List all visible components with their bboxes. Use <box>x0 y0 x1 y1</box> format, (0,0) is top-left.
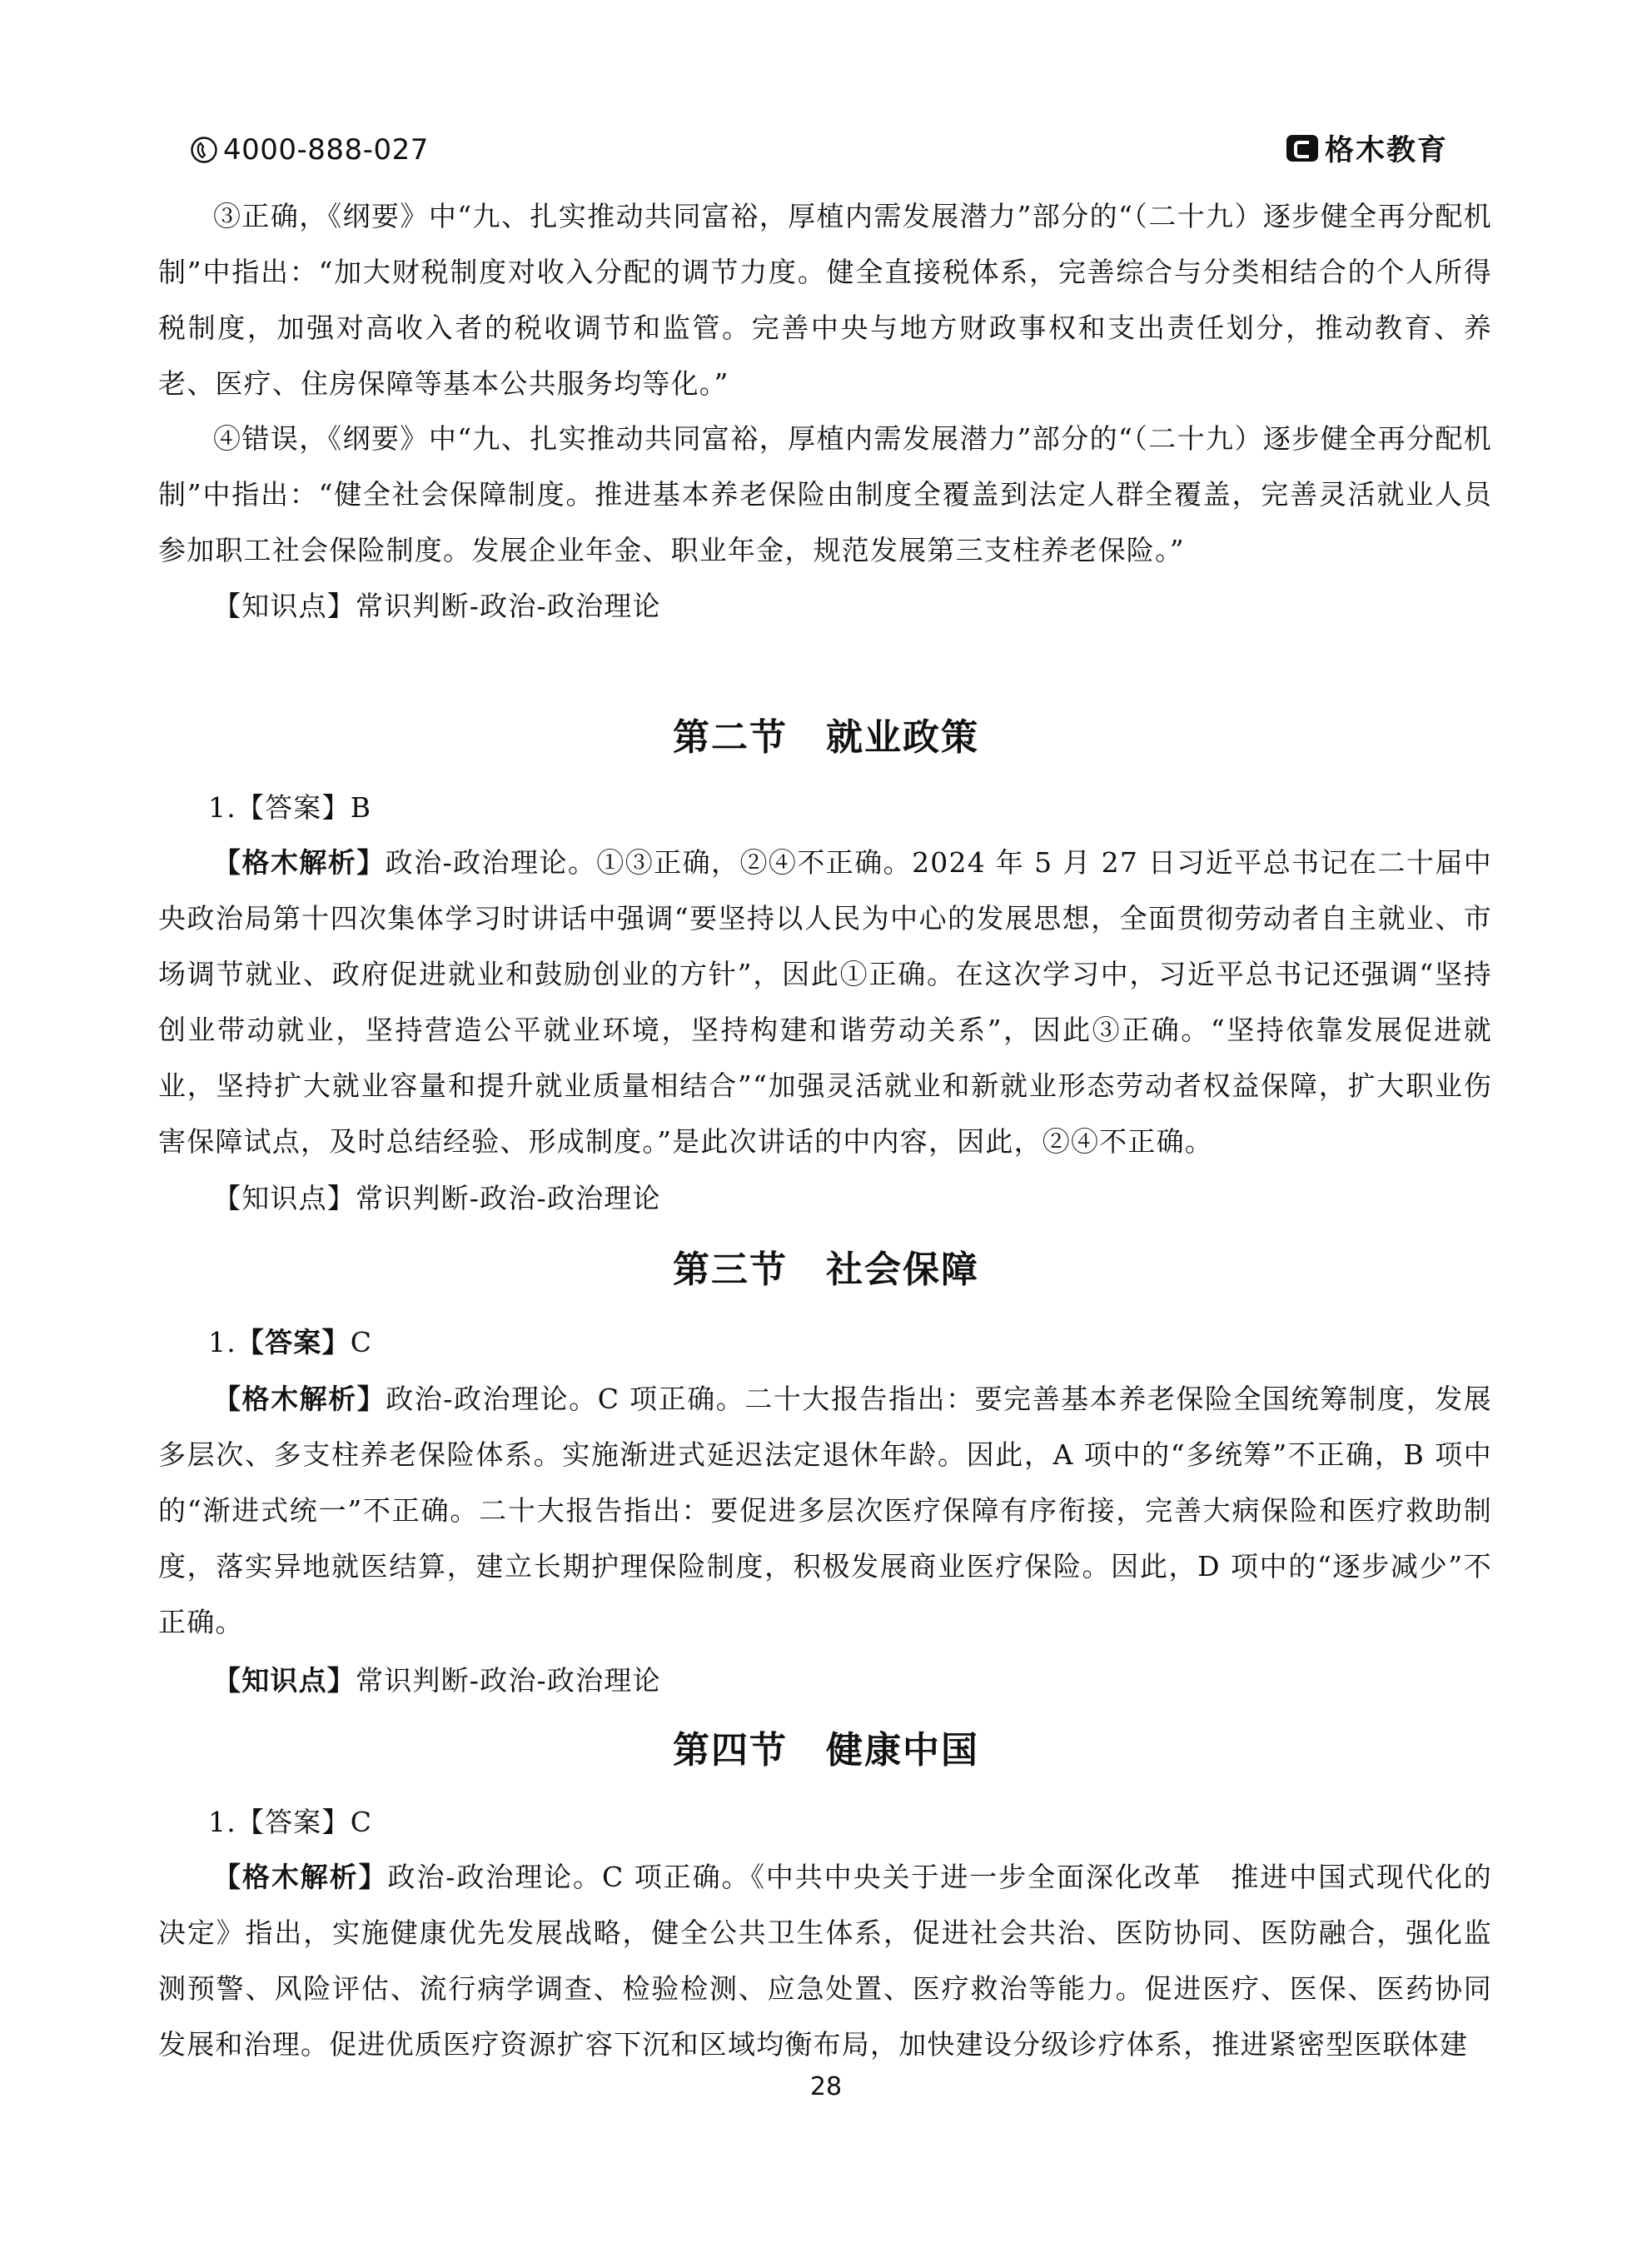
knowledge-point-text: 常识判断-政治-政治理论 <box>356 1664 661 1697</box>
knowledge-point-text: 常识判断-政治-政治理论 <box>356 1182 661 1214</box>
answer-value: C <box>351 1806 372 1838</box>
knowledge-point-label: 【知识点】 <box>213 1664 356 1697</box>
paragraph-item-3: ③正确，《纲要》中“九、扎实推动共同富裕，厚植内需发展潜力”部分的“（二十九）逐… <box>158 188 1492 411</box>
answer-label: 【答案】 <box>236 1806 351 1838</box>
section-heading-employment: 第二节 就业政策 <box>0 713 1652 763</box>
section-heading-healthy-china: 第四节 健康中国 <box>0 1726 1652 1776</box>
knowledge-point: 【知识点】常识判断-政治-政治理论 <box>213 1170 661 1226</box>
answer-label: 【答案】 <box>236 791 351 824</box>
answer-line: 1.【答案】B <box>208 780 371 835</box>
gemu-logo-icon <box>1286 135 1318 162</box>
knowledge-point-label: 【知识点】 <box>213 590 356 622</box>
analysis-label: 【格木解析】 <box>213 1861 387 1893</box>
knowledge-point: 【知识点】常识判断-政治-政治理论 <box>213 578 661 634</box>
answer-number: 1. <box>208 1326 236 1358</box>
section-heading-social-security: 第三节 社会保障 <box>0 1245 1652 1295</box>
knowledge-point-label: 【知识点】 <box>213 1182 356 1214</box>
brand-name: 格木教育 <box>1325 127 1448 169</box>
answer-number: 1. <box>208 791 236 824</box>
paragraph-item-4: ④错误，《纲要》中“九、扎实推动共同富裕，厚植内需发展潜力”部分的“（二十九）逐… <box>158 411 1492 578</box>
answer-label: 【答案】 <box>236 1326 351 1358</box>
header-phone: 4000-888-027 <box>190 132 429 168</box>
knowledge-point: 【知识点】常识判断-政治-政治理论 <box>213 1652 661 1708</box>
analysis-label: 【格木解析】 <box>213 846 386 879</box>
phone-number: 4000-888-027 <box>223 133 429 167</box>
answer-line: 1.【答案】C <box>208 1794 372 1850</box>
phone-icon <box>190 136 218 164</box>
answer-number: 1. <box>208 1806 236 1838</box>
answer-value: C <box>351 1326 372 1358</box>
answer-value: B <box>351 791 371 824</box>
analysis-text: 政治-政治理论。C 项正确。二十大报告指出：要完善基本养老保险全国统筹制度，发展… <box>158 1383 1492 1638</box>
brand-logo: 格木教育 <box>1286 132 1448 165</box>
analysis-text: 政治-政治理论。①③正确，②④不正确。2024 年 5 月 27 日习近平总书记… <box>158 846 1492 1158</box>
analysis-paragraph: 【格木解析】政治-政治理论。①③正确，②④不正确。2024 年 5 月 27 日… <box>158 835 1492 1169</box>
page-number: 28 <box>0 2072 1652 2101</box>
answer-line: 1.【答案】C <box>208 1314 372 1370</box>
knowledge-point-text: 常识判断-政治-政治理论 <box>356 590 661 622</box>
analysis-paragraph: 【格木解析】政治-政治理论。C 项正确。二十大报告指出：要完善基本养老保险全国统… <box>158 1371 1492 1650</box>
analysis-label: 【格木解析】 <box>213 1383 386 1415</box>
analysis-paragraph: 【格木解析】政治-政治理论。C 项正确。《中共中央关于进一步全面深化改革 推进中… <box>158 1849 1492 2072</box>
